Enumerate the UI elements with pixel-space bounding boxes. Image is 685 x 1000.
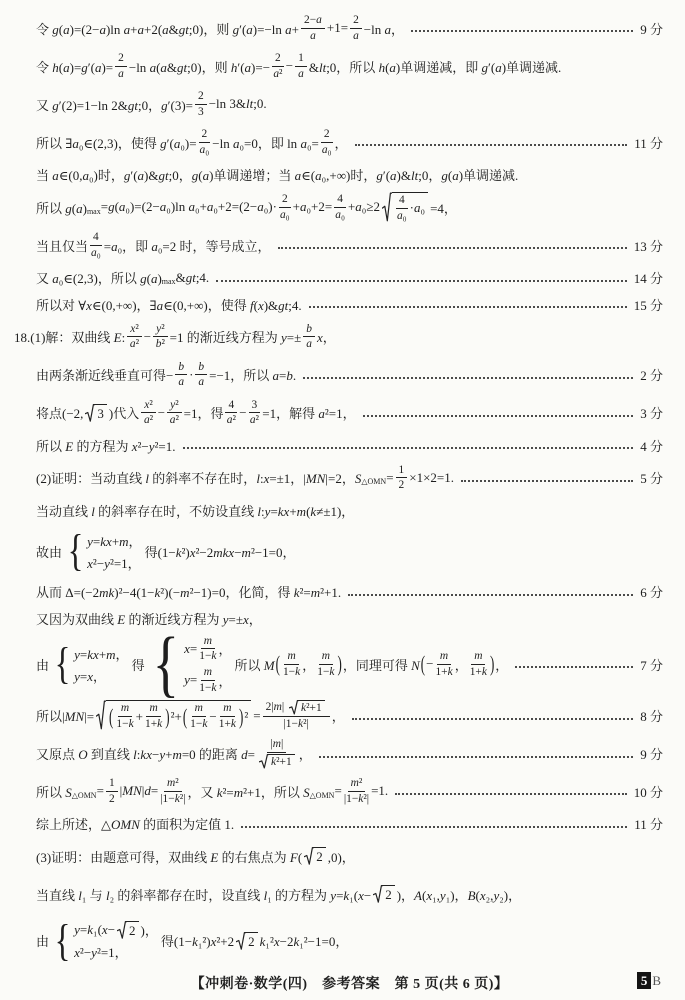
document-line: 故由{y=kx+m，x²−y²=1，得(1−k²)x²−2mkx−m²−1=0， xyxy=(36,526,663,576)
dot-leader xyxy=(278,247,627,249)
math-text: ²+ xyxy=(171,709,182,725)
math-text: 2 xyxy=(129,923,136,939)
dot-leader xyxy=(303,377,633,379)
math-fraction: m1−k xyxy=(116,702,133,730)
math-text: +a₀+2= xyxy=(293,199,333,215)
fraction-numerator: 4 xyxy=(90,231,102,246)
math-text: =1，解得 a²=1， xyxy=(262,403,355,422)
radical-icon xyxy=(382,192,392,222)
math-text: m xyxy=(195,702,203,715)
system-row: y=m1−k， xyxy=(184,666,231,694)
fraction-numerator: m xyxy=(146,702,160,717)
math-text: 所以 g(a) xyxy=(36,198,87,217)
math-text: m xyxy=(121,702,129,715)
math-fraction: ba xyxy=(175,361,187,389)
math-text: a xyxy=(198,376,204,389)
math-text: 1−k xyxy=(317,666,334,679)
sqrt-expression: 2 xyxy=(117,921,139,939)
math-text: 当动直线 l 的斜率存在时，不妨设直线 l:y=kx+m(k≠±1)， xyxy=(36,501,354,520)
math-text: 将点(−2, xyxy=(36,403,83,422)
math-text: )，A(x₁,y₁)，B(x₂,y₂)， xyxy=(397,885,521,904)
fraction-denominator: a² xyxy=(170,413,179,427)
fraction-denominator: 1−k xyxy=(190,717,207,731)
math-text: =−1，所以 a=b. xyxy=(209,365,296,384)
document-line: 当直线 l₁ 与 l₂ 的斜率都存在时，设直线 l₁ 的方程为 y=k₁(x−2… xyxy=(36,878,663,911)
math-text: a² xyxy=(250,414,259,427)
math-text: ,0)， xyxy=(328,847,355,866)
document-line: 由{y=k₁(x−2)，x²−y²=1，得(1−k₁²)x²+22k₁²x−2k… xyxy=(36,916,663,966)
fraction-denominator: a xyxy=(353,29,359,43)
math-text: ， xyxy=(495,655,508,674)
radical-icon xyxy=(304,847,314,865)
dot-leader xyxy=(461,480,633,482)
fraction-denominator: a² xyxy=(273,67,282,81)
math-text: m xyxy=(149,702,157,715)
sqrt-content: (m1−k+m1+k)²+(m1−k−m1+k)² xyxy=(106,700,251,730)
fraction-numerator: m xyxy=(284,650,298,665)
math-text: a² xyxy=(170,414,179,427)
fraction-numerator: m xyxy=(471,650,485,665)
sqrt-expression: 2 xyxy=(304,847,326,865)
document-line: 又 g′(2)=1−ln 2&gt;0，g′(3)=23−ln 3&lt;0. xyxy=(36,88,663,121)
math-text: y=k₁(x− xyxy=(74,922,115,938)
document-line: (2)证明：当动直线 l 的斜率不存在时，l:x=±1，|MN|=2，S△OMN… xyxy=(36,461,663,494)
fraction-numerator: |m| xyxy=(267,738,286,753)
math-fraction: m1−k xyxy=(190,702,207,730)
fraction-numerator: m² xyxy=(164,777,182,792)
math-text: a² xyxy=(273,68,282,81)
math-text: |1−k²| xyxy=(344,793,369,806)
math-fraction: m²|1−k²| xyxy=(344,777,369,805)
score-label: 13 分 xyxy=(634,236,663,255)
math-text: 当直线 l₁ 与 l₂ 的斜率都存在时，设直线 l₁ 的方程为 y=k₁(x− xyxy=(36,885,371,904)
fraction-denominator: |1−k²| xyxy=(160,792,185,806)
document-line: 又原点 O 到直线 l:kx−y+m=0 的距离 d=|m|k²+1，9 分 xyxy=(36,737,663,770)
equation-system: {y=k₁(x−2)，x²−y²=1， xyxy=(52,920,158,961)
math-text: |MN|d= xyxy=(120,783,159,799)
score-label: 4 分 xyxy=(640,436,663,455)
math-text: a² xyxy=(144,414,153,427)
math-text: m xyxy=(440,650,448,663)
score-label: 15 分 xyxy=(634,295,663,314)
system-rows: y=k₁(x−2)，x²−y²=1， xyxy=(74,920,158,961)
math-text: 2 xyxy=(248,934,255,950)
math-fraction: 2a xyxy=(115,52,127,80)
dot-leader xyxy=(348,594,633,596)
document-line: 由{y=kx+m，y=x，得{x=m1−k，y=m1−k，所以 M(m1−k，m… xyxy=(36,635,663,694)
document-line: 又因为双曲线 E 的渐近线方程为 y=±x， xyxy=(36,608,663,630)
fraction-denominator: a² xyxy=(227,413,236,427)
math-text: = xyxy=(97,783,104,799)
fraction-numerator: 2 xyxy=(115,52,127,67)
math-text: a₀ xyxy=(335,209,345,222)
sqrt-content: k²+1 xyxy=(299,700,325,715)
math-text: 1+k xyxy=(435,666,452,679)
fraction-numerator: m xyxy=(118,702,132,717)
math-fraction: ba xyxy=(195,361,207,389)
radical-icon xyxy=(85,404,95,422)
math-fraction: 2a xyxy=(350,14,362,42)
math-text: − xyxy=(158,405,165,421)
math-text: m² xyxy=(167,777,179,790)
fraction-numerator: 2 xyxy=(199,128,211,143)
document-line: 令 h(a)=g′(a)=2a−ln a(a&gt;0)，则 h′(a)=−2a… xyxy=(36,50,663,83)
math-fraction: 12 xyxy=(396,464,408,492)
fraction-denominator: 1−k xyxy=(317,665,334,679)
math-fraction: 2a₀ xyxy=(279,193,291,221)
fraction-denominator: a xyxy=(298,67,304,81)
math-text: 所以 ∃a₀∈(2,3)，使得 g′(a₀)= xyxy=(36,133,197,152)
math-text: 当且仅当 xyxy=(36,236,88,255)
fraction-numerator: b xyxy=(303,323,315,338)
fraction-numerator: 2 xyxy=(279,193,291,208)
math-fraction: y²b² xyxy=(153,323,168,351)
math-text: ， xyxy=(302,655,315,674)
math-text: 2−a xyxy=(304,14,322,27)
math-text: + xyxy=(136,709,143,725)
math-fraction: 2−aa xyxy=(301,14,325,42)
system-rows: x=m1−k，y=m1−k， xyxy=(184,635,231,694)
math-fraction: |m|k²+1 xyxy=(257,738,297,768)
math-text: 所以|MN|= xyxy=(36,706,94,725)
dot-leader xyxy=(216,280,627,282)
document-line: 所以 S△OMN=12|MN|d=m²|1−k²|，又 k²=m²+1，所以 S… xyxy=(36,775,663,808)
math-text: m xyxy=(474,650,482,663)
math-text: 2 xyxy=(316,849,323,865)
sqrt-content: k²+1 xyxy=(269,754,295,769)
score-label: 10 分 xyxy=(634,782,663,801)
math-fraction: 4a₀ xyxy=(396,194,408,222)
document-line: 所以 ∃a₀∈(2,3)，使得 g′(a₀)=2a₀−ln a₀=0，即 ln … xyxy=(36,126,663,159)
sqrt-expression: 4a₀·a₀ xyxy=(382,192,428,222)
math-text: m² xyxy=(351,777,363,790)
fraction-numerator: m xyxy=(192,702,206,717)
document-line: 所以 g(a)max=g(a₀)=(2−a₀)ln a₀+a₀+2=(2−a₀)… xyxy=(36,191,663,224)
math-text: 又 g′(2)=1−ln 2&gt;0，g′(3)= xyxy=(36,95,193,114)
subscript: △OMN xyxy=(72,791,97,800)
sqrt-content: 4a₀·a₀ xyxy=(392,192,428,222)
score-label: 11 分 xyxy=(634,133,663,152)
math-text: =1 的渐近线方程为 y=± xyxy=(170,327,302,346)
fraction-denominator: 1−k xyxy=(199,649,216,663)
math-text: −ln 3&lt;0. xyxy=(209,96,267,112)
document-line: (3)证明：由题意可得，双曲线 E 的右焦点为 F(2,0)， xyxy=(36,840,663,873)
page-footer: 【冲刺卷·数学(四) 参考答案 第 5 页(共 6 页)】 5 B xyxy=(36,970,663,996)
fraction-denominator: a² xyxy=(144,413,153,427)
fraction-numerator: m² xyxy=(348,777,366,792)
math-text: = xyxy=(386,470,393,486)
big-paren: ) xyxy=(490,651,494,678)
math-text: )， xyxy=(141,920,158,939)
math-fraction: x²a² xyxy=(127,323,142,351)
math-text: x²−y²=1， xyxy=(74,942,128,961)
fraction-denominator: 1−k xyxy=(199,681,216,695)
math-text: k²+1 xyxy=(301,702,322,715)
dot-leader xyxy=(319,756,634,758)
math-text: 2 xyxy=(399,479,405,492)
math-text: =4， xyxy=(430,198,457,217)
math-text: 18.(1)解：双曲线 E: xyxy=(14,327,125,346)
fraction-denominator: a xyxy=(178,375,184,389)
radical-icon xyxy=(289,700,299,715)
answer-sheet-page: 令 g(a)=(2−a)ln a+a+2(a&gt;0)，则 g′(a)=−ln… xyxy=(0,0,685,1000)
document-line: 由两条渐近线垂直可得−ba·ba=−1，所以 a=b.2 分 xyxy=(36,358,663,391)
system-row: y=kx+m， xyxy=(87,531,141,550)
math-text: −ln a， xyxy=(364,19,404,38)
math-text: 1−k xyxy=(283,666,300,679)
fraction-denominator: a₀ xyxy=(280,208,290,222)
math-text: y= xyxy=(184,672,197,688)
math-fraction: x²a² xyxy=(141,399,156,427)
math-text: b xyxy=(198,361,204,374)
document-line: 所以对 ∀x∈(0,+∞)，∃a∈(0,+∞)，使得 f(x)&gt;4.15 … xyxy=(36,293,663,315)
fraction-denominator: 1+k xyxy=(470,665,487,679)
math-text: 由 xyxy=(36,655,49,674)
math-text: m xyxy=(204,666,212,679)
math-text: =g(a₀)=(2−a₀)ln a₀+a₀+2=(2−a₀)· xyxy=(101,199,277,215)
math-text: − xyxy=(426,656,433,672)
fraction-numerator: 2 xyxy=(321,128,333,143)
math-text: 2 xyxy=(353,14,359,27)
math-text: k²+1 xyxy=(271,756,292,769)
big-paren: ( xyxy=(421,651,425,678)
radical-icon xyxy=(117,921,127,939)
dot-leader xyxy=(515,666,633,668)
math-text: +1= xyxy=(327,20,348,36)
fraction-numerator: 4 xyxy=(396,194,408,209)
math-fraction: m1+k xyxy=(145,702,162,730)
fraction-numerator: y² xyxy=(153,323,168,338)
dot-leader xyxy=(352,718,634,720)
equation-system: {y=kx+m，y=x， xyxy=(52,644,129,685)
math-text: −ln a₀=0，即 ln a₀= xyxy=(212,133,319,152)
math-fraction: 2a² xyxy=(272,52,284,80)
fraction-denominator: 1−k xyxy=(283,665,300,679)
document-line: 当 a∈(0,a₀)时，g′(a)&gt;0，g(a)单调递增；当 a∈(a₀,… xyxy=(36,164,663,186)
math-text: a xyxy=(178,376,184,389)
math-text: 2 xyxy=(275,52,281,65)
math-text: 得(1−k²)x²−2mkx−m²−1=0， xyxy=(145,542,296,561)
dot-leader xyxy=(395,793,627,795)
math-text: ， xyxy=(218,671,231,690)
math-text: 3 xyxy=(97,406,104,422)
system-row: y=k₁(x−2)， xyxy=(74,920,158,939)
fraction-denominator: 2 xyxy=(399,478,405,492)
fraction-denominator: 1+k xyxy=(219,717,236,731)
math-text: |1−k²| xyxy=(160,793,185,806)
math-text: 1−k xyxy=(190,718,207,731)
fraction-denominator: 1+k xyxy=(435,665,452,679)
fraction-numerator: 2|m| k²+1 xyxy=(263,700,330,717)
math-text: m xyxy=(322,650,330,663)
system-row: y=kx+m， xyxy=(74,644,128,663)
math-text: 令 h(a)=g′(a)= xyxy=(36,57,113,76)
system-row: x²−y²=1， xyxy=(87,553,141,572)
math-text: (2)证明：当动直线 l 的斜率不存在时，l:x=±1，|MN|=2，S xyxy=(36,468,361,487)
math-text: x² xyxy=(130,323,139,336)
fraction-denominator: a xyxy=(310,29,316,43)
sqrt-expression: 2 xyxy=(373,885,395,903)
math-text: 所以对 ∀x∈(0,+∞)，∃a∈(0,+∞)，使得 f(x)&gt;4. xyxy=(36,295,302,314)
math-text: a₀ xyxy=(280,209,290,222)
score-label: 9 分 xyxy=(640,19,663,38)
document-line: 所以|MN|=(m1−k+m1+k)²+(m1−k−m1+k)²=2|m| k²… xyxy=(36,699,663,732)
subscript: max xyxy=(87,207,101,216)
math-text: 2 xyxy=(198,90,204,103)
fraction-numerator: 1 xyxy=(396,464,408,479)
system-row: x=m1−k， xyxy=(184,635,231,663)
fraction-numerator: 3 xyxy=(249,399,261,414)
math-text: 得 xyxy=(132,655,145,674)
math-text: y=x， xyxy=(74,666,106,685)
math-fraction: m1+k xyxy=(219,702,236,730)
big-paren: ( xyxy=(276,651,280,678)
math-text: =1. xyxy=(371,783,388,799)
fraction-denominator: a₀ xyxy=(200,143,210,157)
dot-leader xyxy=(183,447,634,449)
sqrt-content: 2 xyxy=(246,932,258,950)
big-paren: ) xyxy=(239,703,243,730)
math-fraction: 4a² xyxy=(225,399,237,427)
fraction-numerator: m xyxy=(220,702,234,717)
math-text: 故由 xyxy=(36,542,62,561)
system-row: y=x， xyxy=(74,666,106,685)
dot-leader xyxy=(411,30,633,32)
math-text: 2 xyxy=(109,793,115,806)
fraction-numerator: 1 xyxy=(295,52,307,67)
fraction-numerator: x² xyxy=(141,399,156,414)
footer-code: 5 B xyxy=(637,972,661,989)
score-label: 7 分 xyxy=(640,655,663,674)
fraction-numerator: m xyxy=(201,666,215,681)
score-label: 6 分 xyxy=(640,582,663,601)
sqrt-content: 2 xyxy=(383,885,395,903)
math-text: y=kx+m， xyxy=(74,644,128,663)
math-text: a xyxy=(353,30,359,43)
math-text: &lt;0，所以 h(a)单调递减，即 g′(a)单调递减. xyxy=(309,57,561,76)
fraction-numerator: m xyxy=(319,650,333,665)
math-text: 所以 M xyxy=(235,655,275,674)
dot-leader xyxy=(363,415,634,417)
math-text: 又因为双曲线 E 的渐近线方程为 y=±x， xyxy=(36,609,262,628)
subscript: △OMN xyxy=(361,477,386,486)
subscript: max xyxy=(162,277,176,286)
score-label: 8 分 xyxy=(640,706,663,725)
fraction-denominator: a² xyxy=(250,413,259,427)
math-text: a² xyxy=(130,338,139,351)
system-rows: y=kx+m，y=x， xyxy=(74,644,128,685)
document-line: 当且仅当4a₀=a₀，即 a₀=2 时，等号成立，13 分 xyxy=(36,229,663,262)
math-fraction: 2|m| k²+1|1−k²| xyxy=(263,700,330,730)
sqrt-content: 3 xyxy=(95,404,107,422)
math-text: = xyxy=(334,783,341,799)
math-text: 1 xyxy=(399,464,405,477)
math-text: x= xyxy=(184,641,197,657)
math-fraction: m1−k xyxy=(199,666,216,694)
fraction-denominator: a xyxy=(306,337,312,351)
math-fraction: 4a₀ xyxy=(334,193,346,221)
math-fraction: 4a₀ xyxy=(90,231,102,259)
fraction-numerator: b xyxy=(175,361,187,376)
math-text: 4 xyxy=(399,194,405,207)
dot-leader xyxy=(355,144,628,146)
math-text: − xyxy=(286,58,293,74)
math-text: a₀ xyxy=(91,247,101,260)
system-row: x²−y²=1， xyxy=(74,942,128,961)
document-line: 又 a₀∈(2,3)，所以 g(a)max&gt;4.14 分 xyxy=(36,267,663,289)
math-text: 4 xyxy=(337,193,343,206)
fraction-numerator: 2−a xyxy=(301,14,325,29)
math-text: 2 xyxy=(118,52,124,65)
fraction-denominator: |1−k²| xyxy=(284,717,309,731)
equation-system: {y=kx+m，x²−y²=1， xyxy=(65,531,142,572)
math-fraction: 2a₀ xyxy=(321,128,333,156)
math-text: a xyxy=(118,68,124,81)
math-text: =1，得 xyxy=(184,403,224,422)
math-text: y=kx+m， xyxy=(87,531,141,550)
fraction-numerator: m xyxy=(437,650,451,665)
fraction-denominator: 2 xyxy=(109,792,115,806)
math-text: ，同理可得 N xyxy=(343,655,420,674)
radical-icon xyxy=(236,932,246,950)
system-rows: y=kx+m，x²−y²=1， xyxy=(87,531,141,572)
math-text: = xyxy=(253,708,260,724)
math-text: y² xyxy=(156,323,165,336)
math-text: 1+k xyxy=(145,718,162,731)
math-text: 3 xyxy=(252,399,258,412)
math-fraction: 2a₀ xyxy=(199,128,211,156)
big-paren: ) xyxy=(165,703,169,730)
math-text: )代入 xyxy=(109,403,139,422)
fraction-denominator: a² xyxy=(130,337,139,351)
fraction-denominator: a₀ xyxy=(91,246,101,260)
math-fraction: 12 xyxy=(106,777,118,805)
math-text: a₀ xyxy=(322,144,332,157)
math-text: 1 xyxy=(109,777,115,790)
math-text: 当 a∈(0,a₀)时，g′(a)&gt;0，g(a)单调递增；当 a∈(a₀,… xyxy=(36,165,518,184)
math-text: +a₀≥2 xyxy=(348,199,380,215)
math-fraction: ba xyxy=(303,323,315,351)
sqrt-content: 2 xyxy=(314,847,326,865)
equation-system: {x=m1−k，y=m1−k， xyxy=(148,635,232,694)
math-text: m xyxy=(223,702,231,715)
math-text: 从而 Δ=(−2mk)²−4(1−k²)(−m²−1)=0，化简，得 k²=m²… xyxy=(36,582,341,601)
document-line: 所以 E 的方程为 x²−y²=1.4 分 xyxy=(36,434,663,456)
math-text: 由两条渐近线垂直可得− xyxy=(36,365,173,384)
score-label: 14 分 xyxy=(634,268,663,287)
document-line: 从而 Δ=(−2mk)²−4(1−k²)(−m²−1)=0，化简，得 k²=m²… xyxy=(36,581,663,603)
math-fraction: m1−k xyxy=(317,650,334,678)
math-text: &gt;4. xyxy=(176,270,210,286)
fraction-numerator: x² xyxy=(127,323,142,338)
radical-icon xyxy=(373,885,383,903)
math-text: ×1×2=1. xyxy=(409,470,454,486)
math-fraction: 3a² xyxy=(249,399,261,427)
fraction-denominator: k²+1 xyxy=(257,753,297,769)
score-label: 5 分 xyxy=(640,468,663,487)
math-text: m xyxy=(204,635,212,648)
sqrt-expression: (m1−k+m1+k)²+(m1−k−m1+k)² xyxy=(96,700,251,730)
math-text: ， xyxy=(332,706,345,725)
fraction-numerator: 2 xyxy=(350,14,362,29)
math-text: 又 a₀∈(2,3)，所以 g(a) xyxy=(36,268,162,287)
fraction-denominator: a xyxy=(118,67,124,81)
fraction-numerator: 2 xyxy=(272,52,284,67)
big-paren: ( xyxy=(183,703,187,730)
math-text: ， xyxy=(218,639,231,658)
fraction-denominator: a₀ xyxy=(322,143,332,157)
sqrt-expression: k²+1 xyxy=(289,700,325,715)
